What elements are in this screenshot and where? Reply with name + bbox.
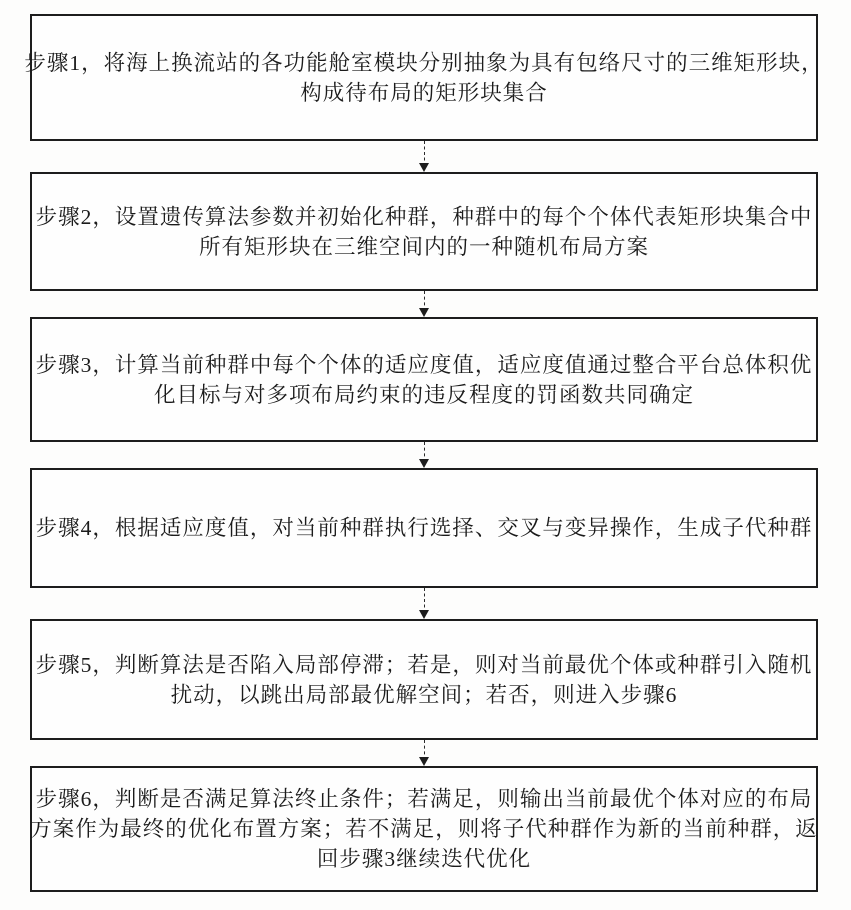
arrow-head bbox=[419, 163, 429, 172]
step-1-text-line: 步骤1，将海上换流站的各功能舱室模块分别抽象为具有包络尺寸的三维矩形块， bbox=[24, 48, 823, 78]
step-6-text-line: 方案作为最终的优化布置方案；若不满足，则将子代种群作为新的当前种群，返 bbox=[30, 814, 818, 844]
step-5-text-line: 扰动，以跳出局部最优解空间；若否，则进入步骤6 bbox=[171, 680, 678, 710]
down-arrow-icon bbox=[418, 291, 431, 317]
arrow-head bbox=[419, 308, 429, 317]
step-3-text-line: 步骤3，计算当前种群中每个个体的适应度值，适应度值通过整合平台总体积优 bbox=[36, 350, 813, 380]
step-4-text-line: 步骤4，根据适应度值，对当前种群执行选择、交叉与变异操作，生成子代种群 bbox=[36, 513, 813, 543]
step-5-text-line: 步骤5，判断算法是否陷入局部停滞；若是，则对当前最优个体或种群引入随机 bbox=[36, 650, 813, 680]
down-arrow-icon bbox=[418, 442, 431, 468]
flowchart: 步骤1，将海上换流站的各功能舱室模块分别抽象为具有包络尺寸的三维矩形块， 构成待… bbox=[0, 0, 851, 910]
down-arrow-icon bbox=[418, 141, 431, 172]
step-2-text-line: 步骤2，设置遗传算法参数并初始化种群，种群中的每个个体代表矩形块集合中 bbox=[36, 202, 813, 232]
step-5-box: 步骤5，判断算法是否陷入局部停滞；若是，则对当前最优个体或种群引入随机 扰动，以… bbox=[30, 619, 818, 740]
arrow-head bbox=[419, 459, 429, 468]
step-1-text-line: 构成待布局的矩形块集合 bbox=[300, 78, 548, 108]
down-arrow-icon bbox=[418, 588, 431, 619]
arrow-head bbox=[419, 610, 429, 619]
step-4-box: 步骤4，根据适应度值，对当前种群执行选择、交叉与变异操作，生成子代种群 bbox=[30, 468, 818, 588]
step-6-text-line: 步骤6，判断是否满足算法终止条件；若满足，则输出当前最优个体对应的布局 bbox=[36, 784, 813, 814]
arrow-head bbox=[419, 757, 429, 766]
step-2-box: 步骤2，设置遗传算法参数并初始化种群，种群中的每个个体代表矩形块集合中 所有矩形… bbox=[30, 172, 818, 291]
step-6-text-line: 回步骤3继续迭代优化 bbox=[317, 844, 531, 874]
down-arrow-icon bbox=[418, 740, 431, 766]
step-3-box: 步骤3，计算当前种群中每个个体的适应度值，适应度值通过整合平台总体积优 化目标与… bbox=[30, 317, 818, 442]
step-2-text-line: 所有矩形块在三维空间内的一种随机布局方案 bbox=[199, 232, 649, 262]
step-3-text-line: 化目标与对多项布局约束的违反程度的罚函数共同确定 bbox=[154, 380, 694, 410]
step-6-box: 步骤6，判断是否满足算法终止条件；若满足，则输出当前最优个体对应的布局 方案作为… bbox=[30, 766, 818, 892]
step-1-box: 步骤1，将海上换流站的各功能舱室模块分别抽象为具有包络尺寸的三维矩形块， 构成待… bbox=[30, 14, 818, 141]
